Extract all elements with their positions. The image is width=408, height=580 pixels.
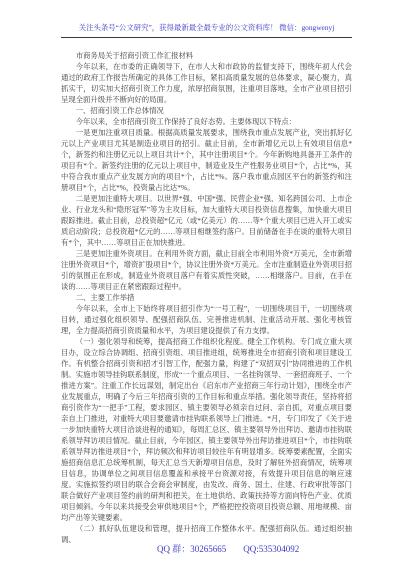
section-1-lead-paragraph: 今年以来，全市招商引资工作保持了良好态势。主要体现以下特点： — [61, 116, 352, 127]
section-2-item-2-paragraph: （二）抓好队伍建设和管理，提升招商工作整体水平。配强招商队伍。通过组织抽调、 — [61, 523, 352, 545]
section-2-item-1-paragraph: （一）强化领导和统筹，提高招商工作组织化程度。健全工作机构。专门成立重大项目办，… — [61, 336, 352, 523]
section-1-heading: 一、招商引资工作总体情况 — [61, 105, 352, 116]
contact-footer: QQ 群：30265665 QQ:535304092 — [157, 543, 299, 555]
promo-banner-text: 关注头条号“公文研究”，获得最新最全最专业的公文资料库！ 微信：gongweny… — [79, 23, 335, 32]
qq-group-number: QQ 群：30265665 — [157, 543, 226, 555]
intro-paragraph: 今年以来，在市委的正确领导下，在市人大和市政协的监督支持下，围绕年初人代会通过的… — [61, 61, 352, 105]
document-title: 市商务局关于招商引资工作汇报材料 — [61, 50, 352, 61]
section-2-lead-paragraph: 今年以来，全市上下始终将项目招引作为“一号工程”，一切围绕项目干，一切围绕项目转… — [61, 303, 352, 336]
document-body: 市商务局关于招商引资工作汇报材料 今年以来，在市委的正确领导下，在市人大和市政协… — [61, 50, 352, 545]
promo-banner: 关注头条号“公文研究”，获得最新最全最专业的公文资料库！ 微信：gongweny… — [61, 23, 352, 38]
qq-number: QQ:535304092 — [243, 543, 299, 555]
section-1-point-2-paragraph: 二是更加注重特大项目。以世界*强、中国*强、民营企业*强、知名跨国公司、上市企业… — [61, 193, 352, 248]
section-1-point-1-paragraph: 一是更加注重项目质量。根据高质量发展要求，围绕我市重点发展产业，突出抓好亿元以上… — [61, 127, 352, 193]
section-1-point-3-paragraph: 三是更加注重外资项目。在利用外资方面，截止目前全市利用外资*万美元，全市新增注册… — [61, 248, 352, 292]
section-2-heading: 二、主要工作举措 — [61, 292, 352, 303]
